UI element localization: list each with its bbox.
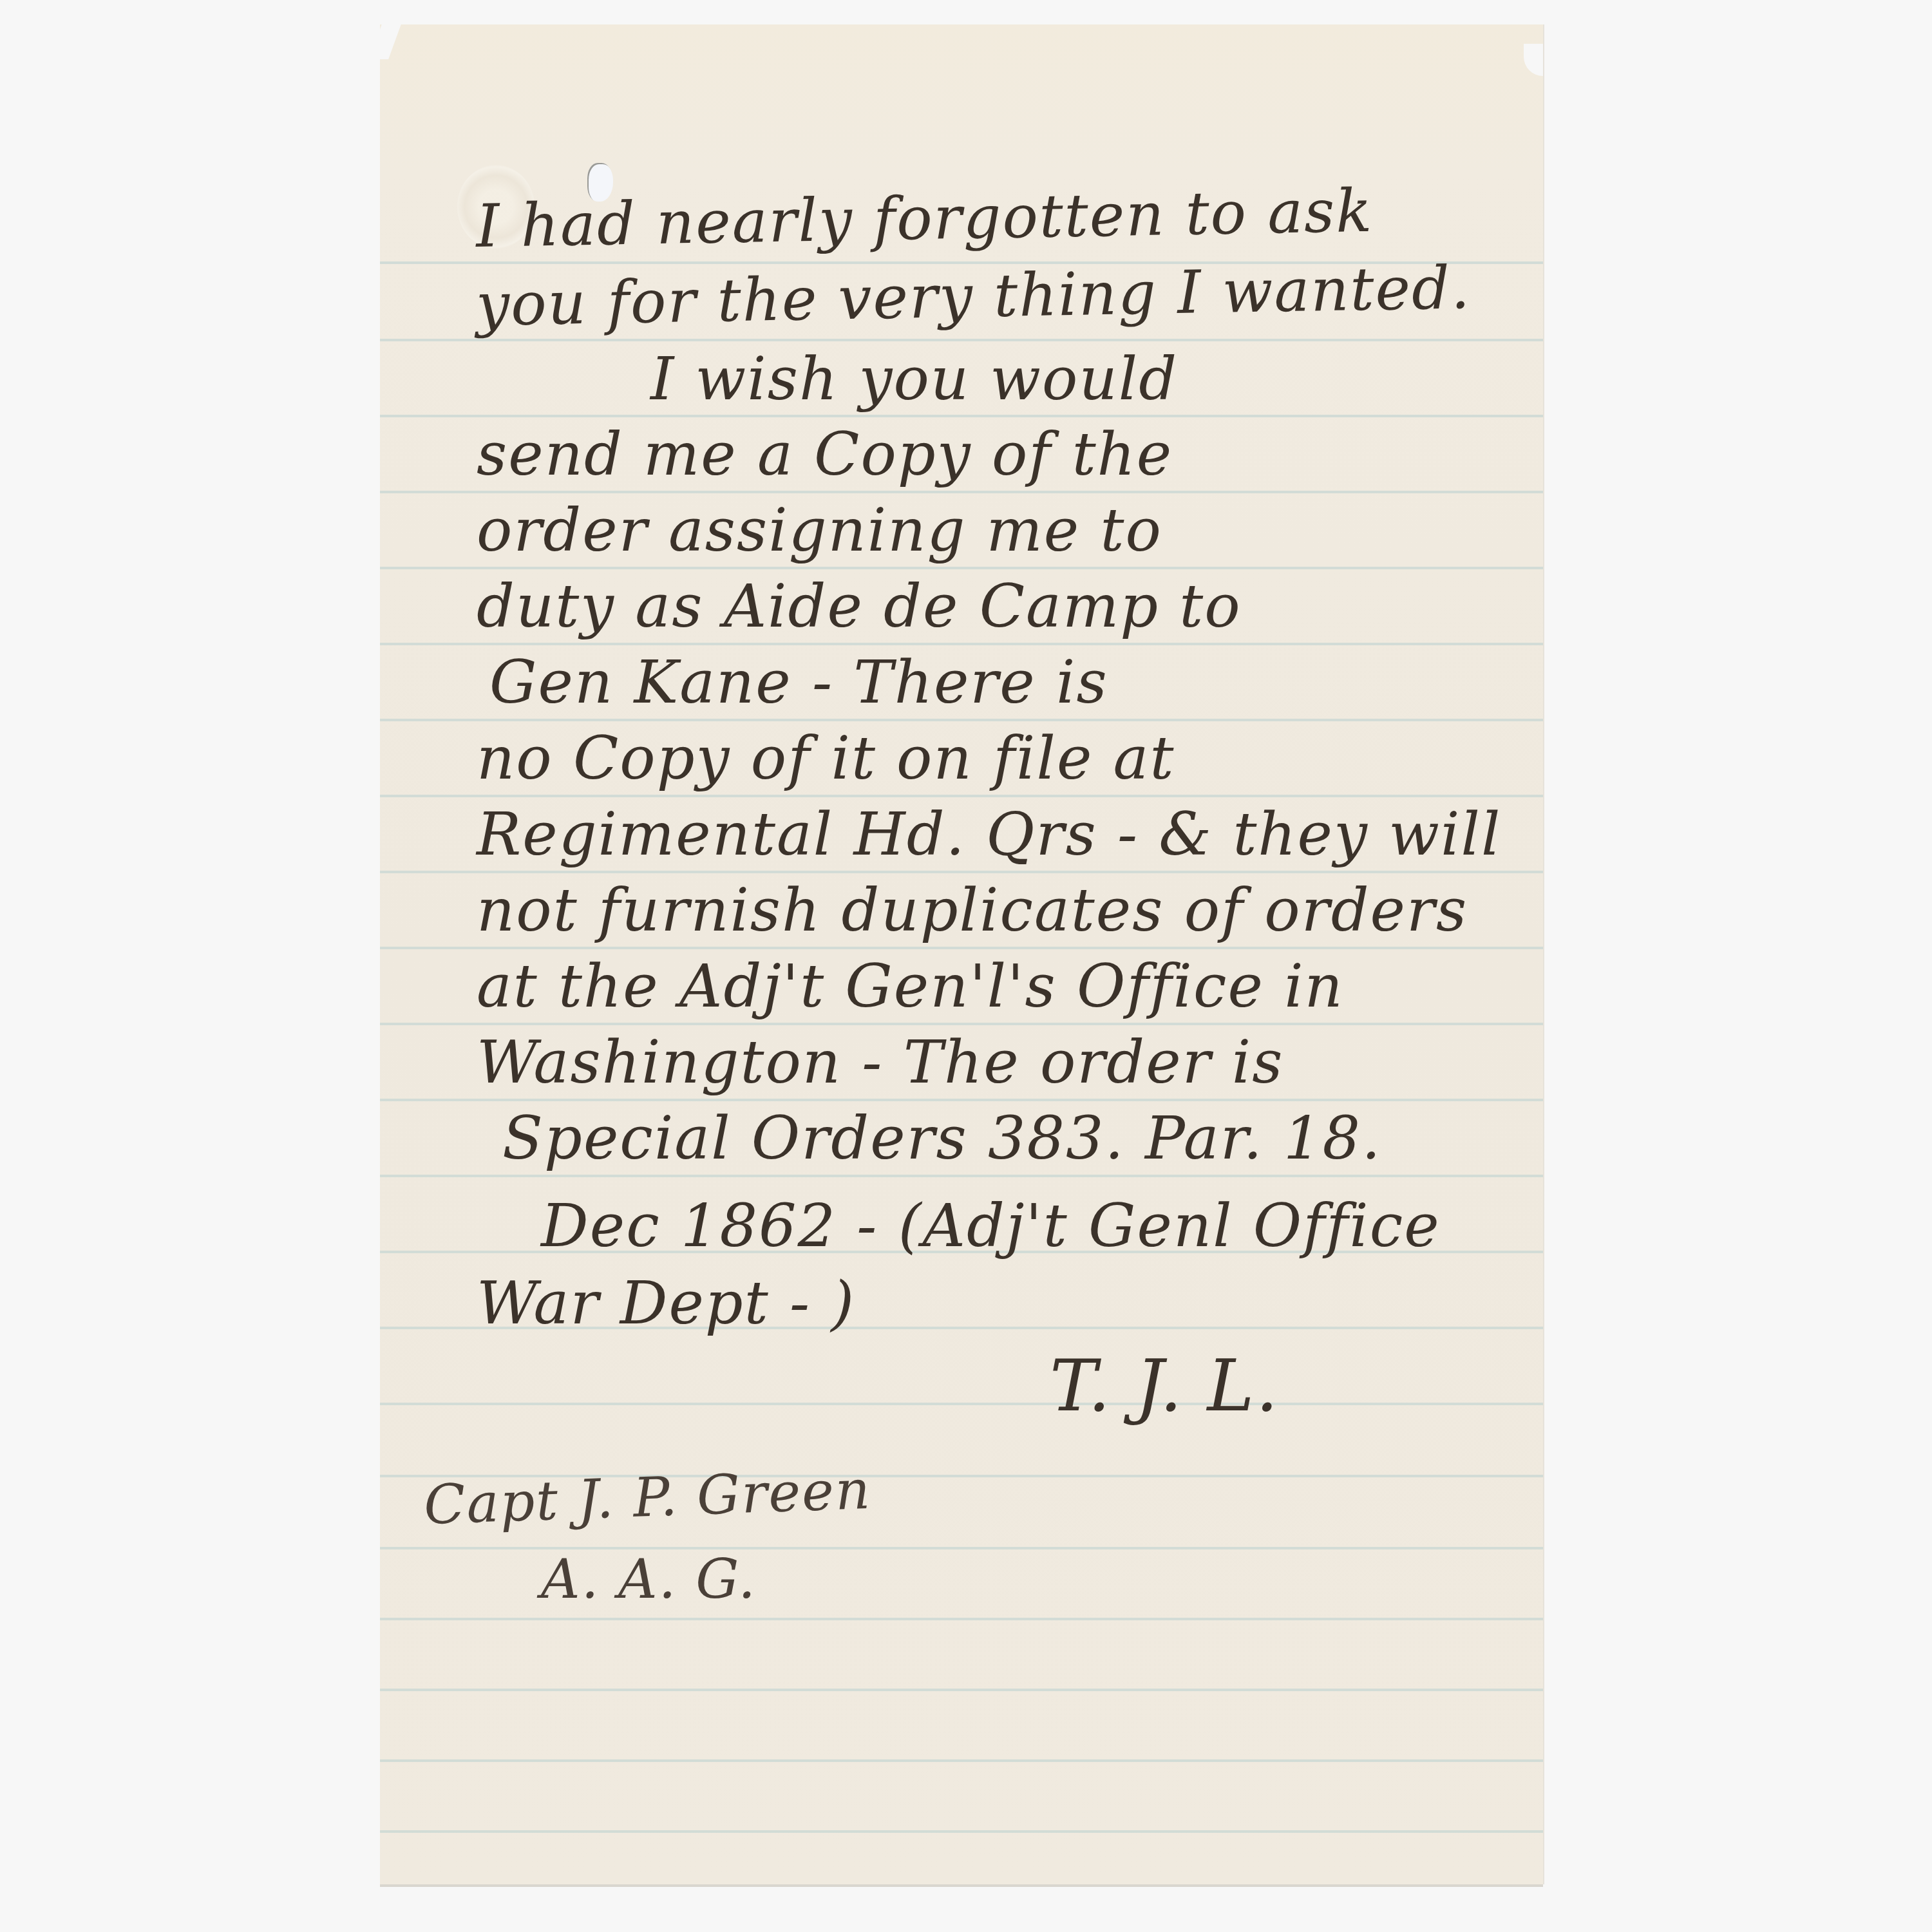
- letter-line-11: at the Adj't Gen'l's Office in: [477, 957, 1344, 1016]
- ruled-line: [380, 871, 1543, 873]
- signature: T. J. L.: [1050, 1345, 1280, 1427]
- ruled-line: [380, 1175, 1543, 1177]
- torn-corner: [380, 24, 402, 59]
- letter-line-15: War Dept - ): [477, 1274, 855, 1333]
- letter-line-8: no Copy of it on file at: [477, 729, 1175, 788]
- letter-line-1: I had nearly forgotten to ask: [475, 182, 1373, 256]
- letter-line-12: Washington - The order is: [477, 1033, 1284, 1092]
- ruled-line: [380, 1830, 1543, 1833]
- ruled-line: [380, 491, 1543, 493]
- letter-paper: I had nearly forgotten to ask you for th…: [380, 24, 1543, 1884]
- addressee-line-1: Capt J. P. Green: [423, 1458, 873, 1537]
- letter-line-10: not furnish duplicates of orders: [477, 881, 1468, 940]
- scan-background: I had nearly forgotten to ask you for th…: [0, 0, 1932, 1932]
- torn-notch: [1524, 44, 1543, 76]
- ruled-line: [380, 795, 1543, 797]
- ruled-line: [380, 415, 1543, 417]
- letter-line-7: Gen Kane - There is: [489, 653, 1108, 712]
- ruled-line: [380, 1023, 1543, 1025]
- letter-line-6: duty as Aide de Camp to: [477, 577, 1242, 636]
- ruled-line: [380, 1689, 1543, 1691]
- ruled-line: [380, 567, 1543, 569]
- ruled-line: [380, 643, 1543, 645]
- letter-line-9: Regimental Hd. Qrs - & they will: [477, 805, 1501, 864]
- letter-line-2: you for the very thing I wanted.: [475, 258, 1471, 335]
- letter-line-4: send me a Copy of the: [477, 425, 1173, 484]
- letter-line-5: order assigning me to: [477, 501, 1162, 560]
- letter-line-3: I wish you would: [650, 350, 1178, 409]
- ruled-line: [380, 339, 1543, 341]
- letter-line-14: Dec 1862 - (Adj't Genl Office: [541, 1197, 1441, 1256]
- addressee-line-2: A. A. G.: [541, 1548, 757, 1611]
- ruled-line: [380, 1099, 1543, 1101]
- ruled-line: [380, 1618, 1543, 1620]
- letter-line-13: Special Orders 383. Par. 18.: [502, 1109, 1381, 1168]
- ruled-line: [380, 947, 1543, 949]
- ruled-line: [380, 1759, 1543, 1762]
- ruled-line: [380, 1403, 1543, 1405]
- ruled-line: [380, 719, 1543, 721]
